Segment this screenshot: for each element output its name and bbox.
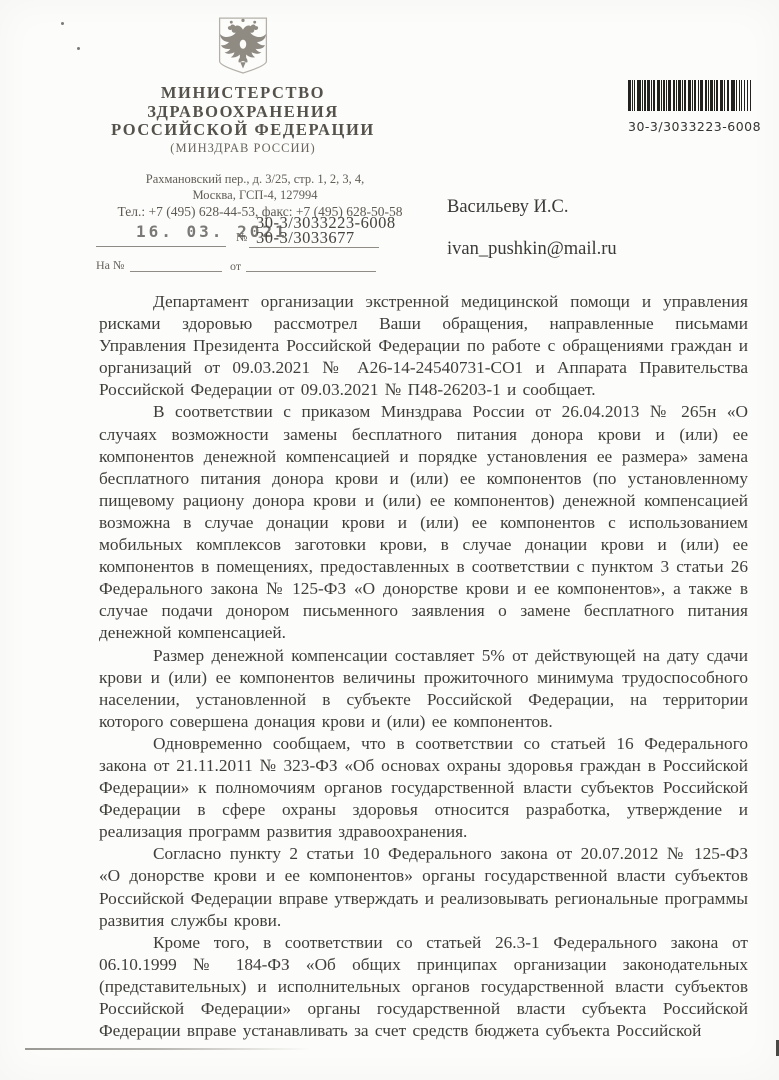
scan-speck (77, 47, 80, 50)
reply-from-label: от (230, 259, 241, 274)
barcode-label: 30-3/3033223-6008 (628, 119, 761, 134)
ministry-address: Рахмановский пер., д. 3/25, стр. 1, 2, 3… (80, 172, 430, 203)
scan-artifact-line (25, 1048, 310, 1050)
body-paragraph-4: Одновременно сообщаем, что в соответстви… (99, 733, 748, 843)
scanned-letter-page: МИНИСТЕРСТВО ЗДРАВООХРАНЕНИЯ РОССИЙСКОЙ … (0, 0, 779, 1080)
recipient-email: ivan_pushkin@mail.ru (447, 239, 617, 260)
ministry-name-line2: ЗДРАВООХРАНЕНИЯ (83, 103, 403, 122)
ministry-short-name: (МИНЗДРАВ РОССИИ) (83, 141, 403, 156)
outgoing-number-line2: 30-3/3033677 (256, 228, 355, 248)
reply-to-label: На № (96, 258, 124, 273)
address-line1: Рахмановский пер., д. 3/25, стр. 1, 2, 3… (80, 172, 430, 188)
recipient-name: Васильеву И.С. (447, 197, 568, 218)
number-sign-label: № (236, 230, 247, 245)
scan-speck (61, 22, 64, 25)
ministry-name-line3: РОССИЙСКОЙ ФЕДЕРАЦИИ (83, 121, 403, 140)
reply-date-underline (246, 271, 376, 272)
body-paragraph-2: В соответствии с приказом Минздрава Росс… (99, 401, 748, 644)
body-paragraph-1: Департамент организации экстренной медиц… (99, 291, 748, 401)
body-paragraph-3: Размер денежной компенсации составляет 5… (99, 645, 748, 733)
ministry-name: МИНИСТЕРСТВО ЗДРАВООХРАНЕНИЯ РОССИЙСКОЙ … (83, 84, 403, 140)
barcode-block: 30-3/3033223-6008 (628, 80, 761, 134)
barcode-icon (628, 80, 752, 111)
letter-body: Департамент организации экстренной медиц… (99, 291, 748, 1042)
reply-number-underline (130, 271, 222, 272)
body-paragraph-6: Кроме того, в соответствии со статьей 26… (99, 932, 748, 1042)
number-underline (249, 247, 379, 248)
date-underline (96, 246, 226, 247)
ministry-name-line1: МИНИСТЕРСТВО (83, 84, 403, 103)
coat-of-arms-icon (216, 16, 270, 76)
address-line2: Москва, ГСП-4, 127994 (80, 188, 430, 204)
body-paragraph-5: Согласно пункту 2 статьи 10 Федерального… (99, 843, 748, 931)
